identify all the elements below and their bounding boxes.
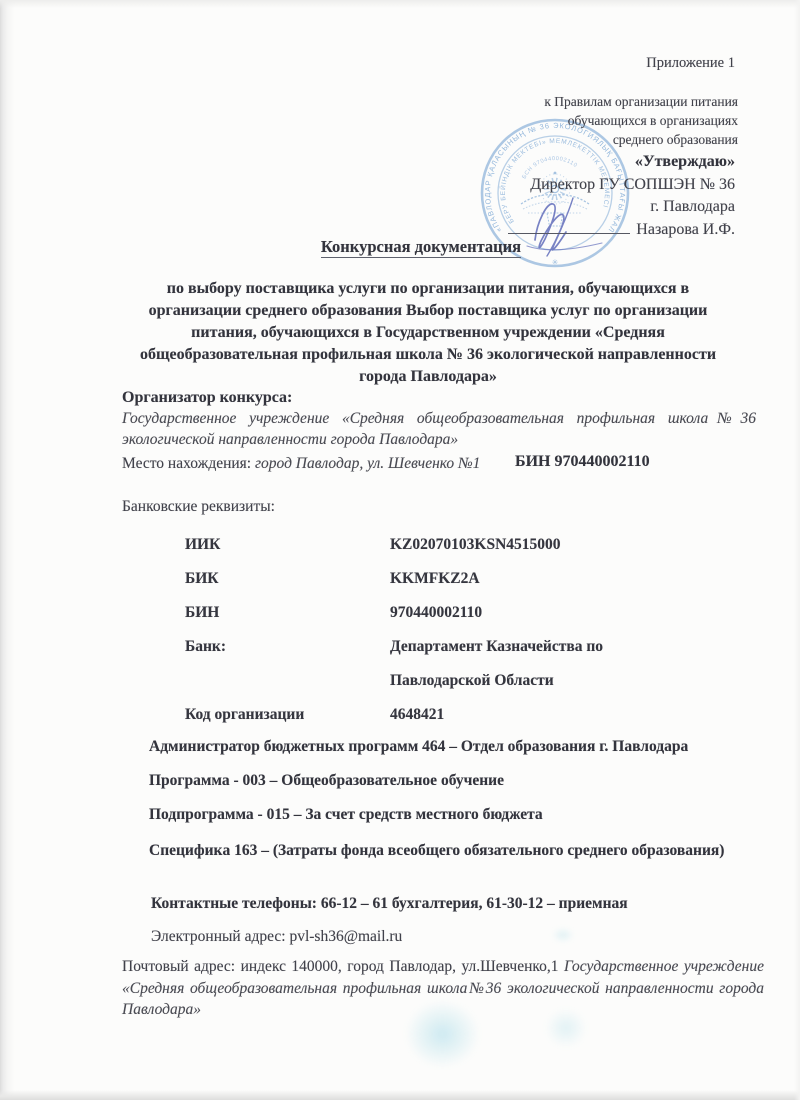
postal-address-plain: Почтовый адрес: индекс 140000, город Пав… [122, 958, 564, 975]
bank-row-label: Банк: [185, 637, 390, 657]
director-line: Директор ГУ СОПШЭН № 36 [508, 174, 735, 197]
organizer-section: Организатор конкурса: Государственное уч… [122, 387, 756, 450]
budget-subprogram-line: Подпрограмма - 015 – За счет средств мес… [149, 806, 543, 824]
subject-paragraph: по выбору поставщика услуги по организац… [128, 278, 728, 388]
location-label: Место нахождения: [122, 455, 255, 472]
bank-row-value: Департамент Казначейства по [390, 638, 603, 655]
ink-smudge [552, 928, 574, 942]
rules-reference: к Правилам организации питания обучающих… [544, 92, 738, 149]
director-name: Назарова И.Ф. [636, 221, 735, 238]
approve-label: «Утверждаю» [508, 151, 735, 174]
rules-reference-line: среднего образования [544, 130, 738, 149]
bank-row-value: Павлодарской Области [390, 672, 554, 689]
bank-row-bin: БИН970440002110 [185, 603, 603, 623]
bank-row-bank-cont: Павлодарской Области [185, 671, 603, 691]
bank-row-iik: ИИКKZ02070103KSN4515000 [185, 535, 603, 555]
bin-number: БИН 970440002110 [515, 453, 650, 471]
organizer-label: Организатор конкурса: [122, 387, 756, 408]
document-title: Конкурсная документация [0, 237, 800, 257]
location-line: Место нахождения: город Павлодар, ул. Ше… [122, 455, 480, 473]
seal-bottom-star: ✳ [552, 258, 559, 267]
document-title-text: Конкурсная документация [321, 237, 521, 258]
bank-details-heading: Банковские реквизиты: [122, 498, 275, 516]
scanned-document-page: «ПАВЛОДАР ҚАЛАСЫНЫҢ № 36 ЭКОЛОГИЯЛЫҚ БАҒ… [0, 0, 800, 1100]
budget-administrator-line: Администратор бюджетных программ 464 – О… [149, 738, 688, 756]
bank-row-value: KZ02070103KSN4515000 [390, 536, 561, 553]
bank-row-value: 970440002110 [390, 604, 482, 621]
budget-program-line: Программа - 003 – Общеобразовательное об… [149, 772, 504, 790]
organizer-value: Государственное учреждение «Средняя обще… [122, 408, 756, 450]
contact-email-line: Электронный адрес: pvl-sh36@mail.ru [151, 928, 402, 946]
location-value: город Павлодар, ул. Шевченко №1 [255, 455, 480, 472]
postal-address: Почтовый адрес: индекс 140000, город Пав… [122, 956, 764, 1021]
bank-row-label: БИН [185, 603, 390, 623]
bank-row-value: 4648421 [390, 706, 444, 723]
rules-reference-line: обучающихся в организациях [544, 111, 738, 130]
bank-row-label: Код организации [185, 705, 390, 725]
scan-edge-left [0, 0, 15, 1100]
bank-row-value: KKMFKZ2A [390, 570, 480, 587]
scan-edge-bottom [0, 1090, 800, 1100]
scan-edge-top [0, 0, 800, 8]
approval-block: «Утверждаю» Директор ГУ СОПШЭН № 36 г. П… [508, 151, 735, 241]
bank-row-org-code: Код организации4648421 [185, 705, 603, 725]
signature-underline [508, 219, 630, 234]
bank-row-label: БИК [185, 569, 390, 589]
contact-phones-line: Контактные телефоны: 66-12 – 61 бухгалте… [151, 895, 628, 913]
bank-details-table: ИИКKZ02070103KSN4515000 БИКKKMFKZ2A БИН9… [185, 535, 603, 739]
city-line: г. Павлодара [508, 196, 735, 219]
bank-row-label: ИИК [185, 535, 390, 555]
bank-row-bank: Банк:Департамент Казначейства по [185, 637, 603, 657]
rules-reference-line: к Правилам организации питания [544, 92, 738, 111]
bank-row-bik: БИКKKMFKZ2A [185, 569, 603, 589]
appendix-label: Приложение 1 [646, 55, 735, 72]
budget-specifics-line: Спецификa 163 – (Затраты фонда всеобщего… [122, 840, 764, 863]
scan-edge-right [794, 0, 800, 1100]
